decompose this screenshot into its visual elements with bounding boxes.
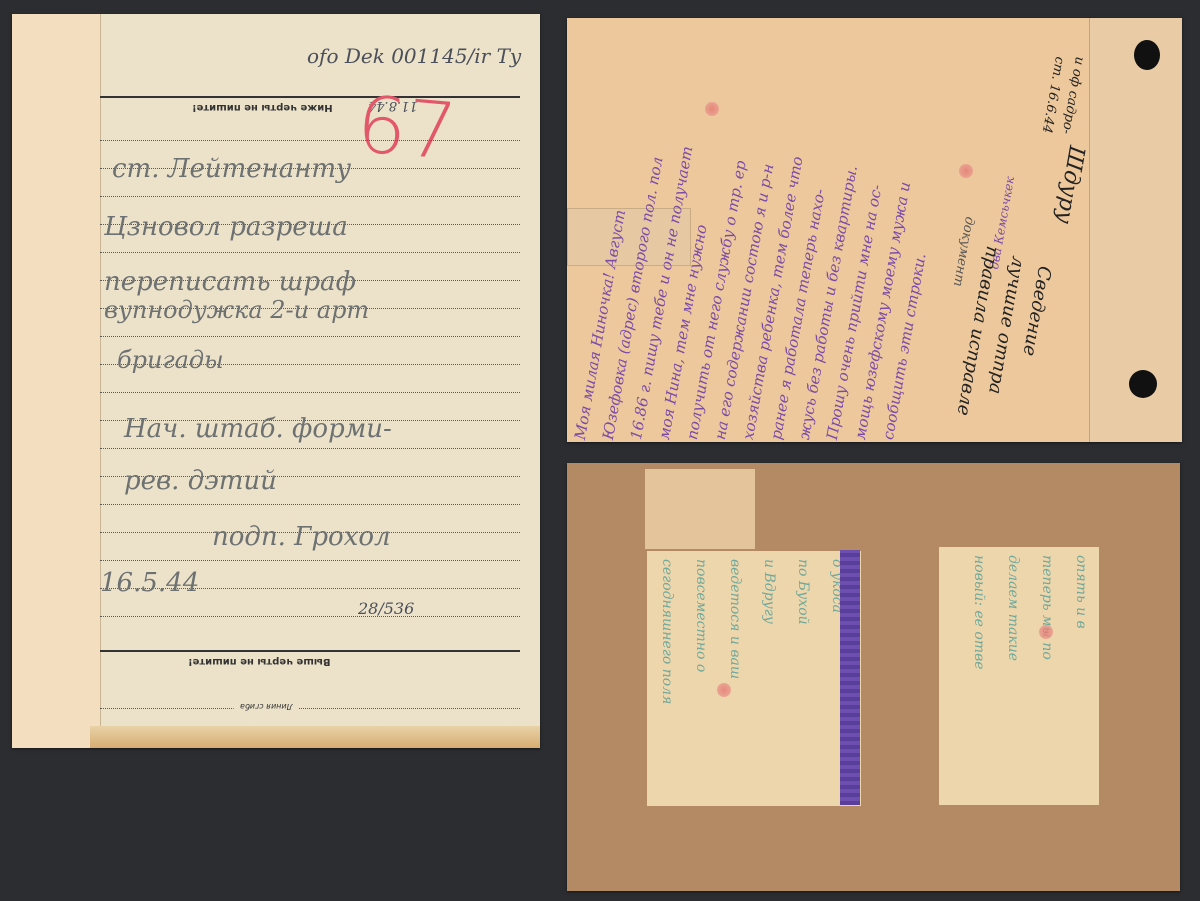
handwritten-line: ст. Лейтенанту (112, 154, 351, 184)
red-censor-mark (1039, 625, 1053, 639)
handwritten-line: переписать шраф (104, 267, 356, 297)
letter-line: сегодняшнего поля (659, 559, 675, 704)
left-letter-window: о укоса по Бухой и Вдругу ведетося и ваш… (647, 551, 861, 806)
handwritten-date: 16.5.44 (100, 568, 199, 598)
torn-paper-area (645, 469, 755, 549)
red-censor-mark (959, 164, 973, 178)
dotted-rule (100, 196, 520, 197)
red-number-mark: 67 (353, 80, 460, 178)
form-stub-margin (12, 14, 101, 748)
ink-annotation: Шдуру (1051, 144, 1089, 226)
handwritten-line: рев. дэтий (124, 466, 277, 496)
letter-line: делаем такие (1005, 555, 1021, 661)
dotted-rule (100, 336, 520, 337)
letter-line: по Бухой (795, 559, 811, 625)
letter-line: новый: ее отве (971, 555, 987, 670)
dotted-rule (100, 448, 520, 449)
footer-instruction: Выше черты не пишите! (188, 656, 331, 667)
paper-wrapper: о укоса по Бухой и Вдругу ведетося и ваш… (567, 463, 1180, 891)
ink-annotation: документ (950, 215, 977, 287)
ink-blot (1129, 370, 1157, 398)
dotted-rule (100, 616, 520, 617)
dotted-rule (100, 504, 520, 505)
letter-line: повсеместно о (693, 559, 709, 672)
ink-blot (1134, 40, 1160, 70)
letter-line: и Вдругу (761, 559, 777, 624)
letter-line: теперь мы по (1039, 555, 1055, 660)
military-form-sheet: ofo Dek 001145/ir Ty Ниже черты не пишит… (12, 14, 540, 748)
header-instruction: Ниже черты не пишите! (192, 102, 333, 113)
letter-card: Моя милая Ниночка! Август Юзефовка (адре… (567, 18, 1182, 442)
handwritten-line: бригады (117, 346, 224, 374)
dotted-rule (100, 252, 520, 253)
footer-rule (100, 650, 520, 652)
violet-crayon-stripe (840, 550, 860, 805)
right-letter-window: опять и в теперь мы по делаем такие новы… (939, 547, 1099, 805)
dotted-rule (100, 392, 520, 393)
letter-line: ведетося и ваш (727, 559, 743, 679)
letter-line: опять и в (1073, 555, 1089, 629)
fold-line-label: Линия сгиба (234, 702, 299, 711)
dotted-rule (100, 560, 520, 561)
red-censor-mark (705, 102, 719, 116)
water-stain (90, 726, 540, 748)
handwritten-line: вупнодужка 2-и арт (104, 296, 369, 324)
handwritten-line: Цзновол разреша (104, 212, 348, 242)
stamp-number: ofo Dek 001145/ir Ty (307, 44, 521, 68)
dotted-rule (100, 140, 520, 141)
reference-number: 28/536 (358, 599, 414, 618)
fold-rule (100, 708, 520, 709)
handwritten-line: Нач. штаб. форми- (124, 414, 392, 444)
signature-line: подп. Грохол (212, 522, 391, 552)
red-censor-mark (717, 683, 731, 697)
